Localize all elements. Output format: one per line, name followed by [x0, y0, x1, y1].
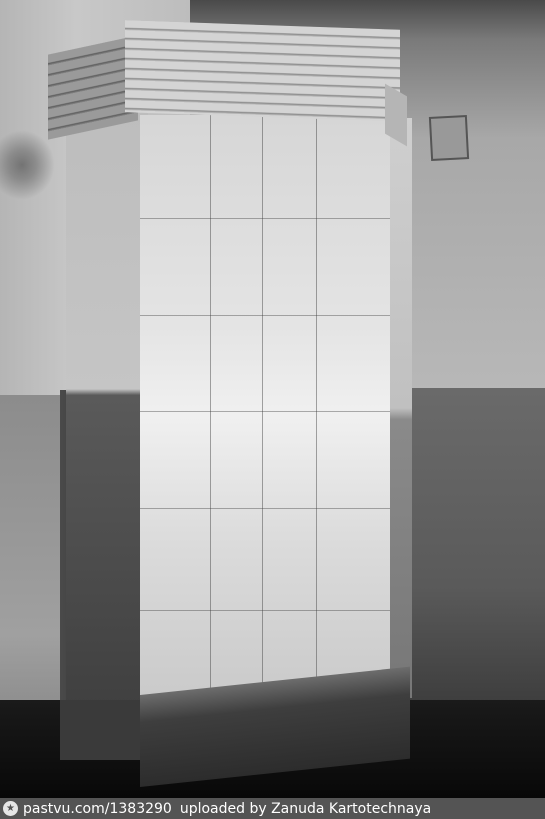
wall-stain — [0, 130, 55, 200]
photograph — [0, 0, 545, 798]
stove-left-side — [66, 110, 148, 730]
stove-tiled-front — [140, 115, 390, 715]
stove-plinth-left — [60, 700, 145, 760]
back-wall-lower-paint — [395, 388, 545, 718]
watermark-bar: ★ pastvu.com/1383290 uploaded by Zanuda … — [0, 798, 545, 819]
stove-cornice — [125, 20, 400, 122]
star-circle-icon: ★ — [3, 801, 18, 816]
source-url[interactable]: pastvu.com/1383290 — [23, 801, 172, 817]
wall-vent-box — [429, 115, 469, 161]
uploader-credit: uploaded by Zanuda Kartotechnaya — [180, 801, 431, 817]
